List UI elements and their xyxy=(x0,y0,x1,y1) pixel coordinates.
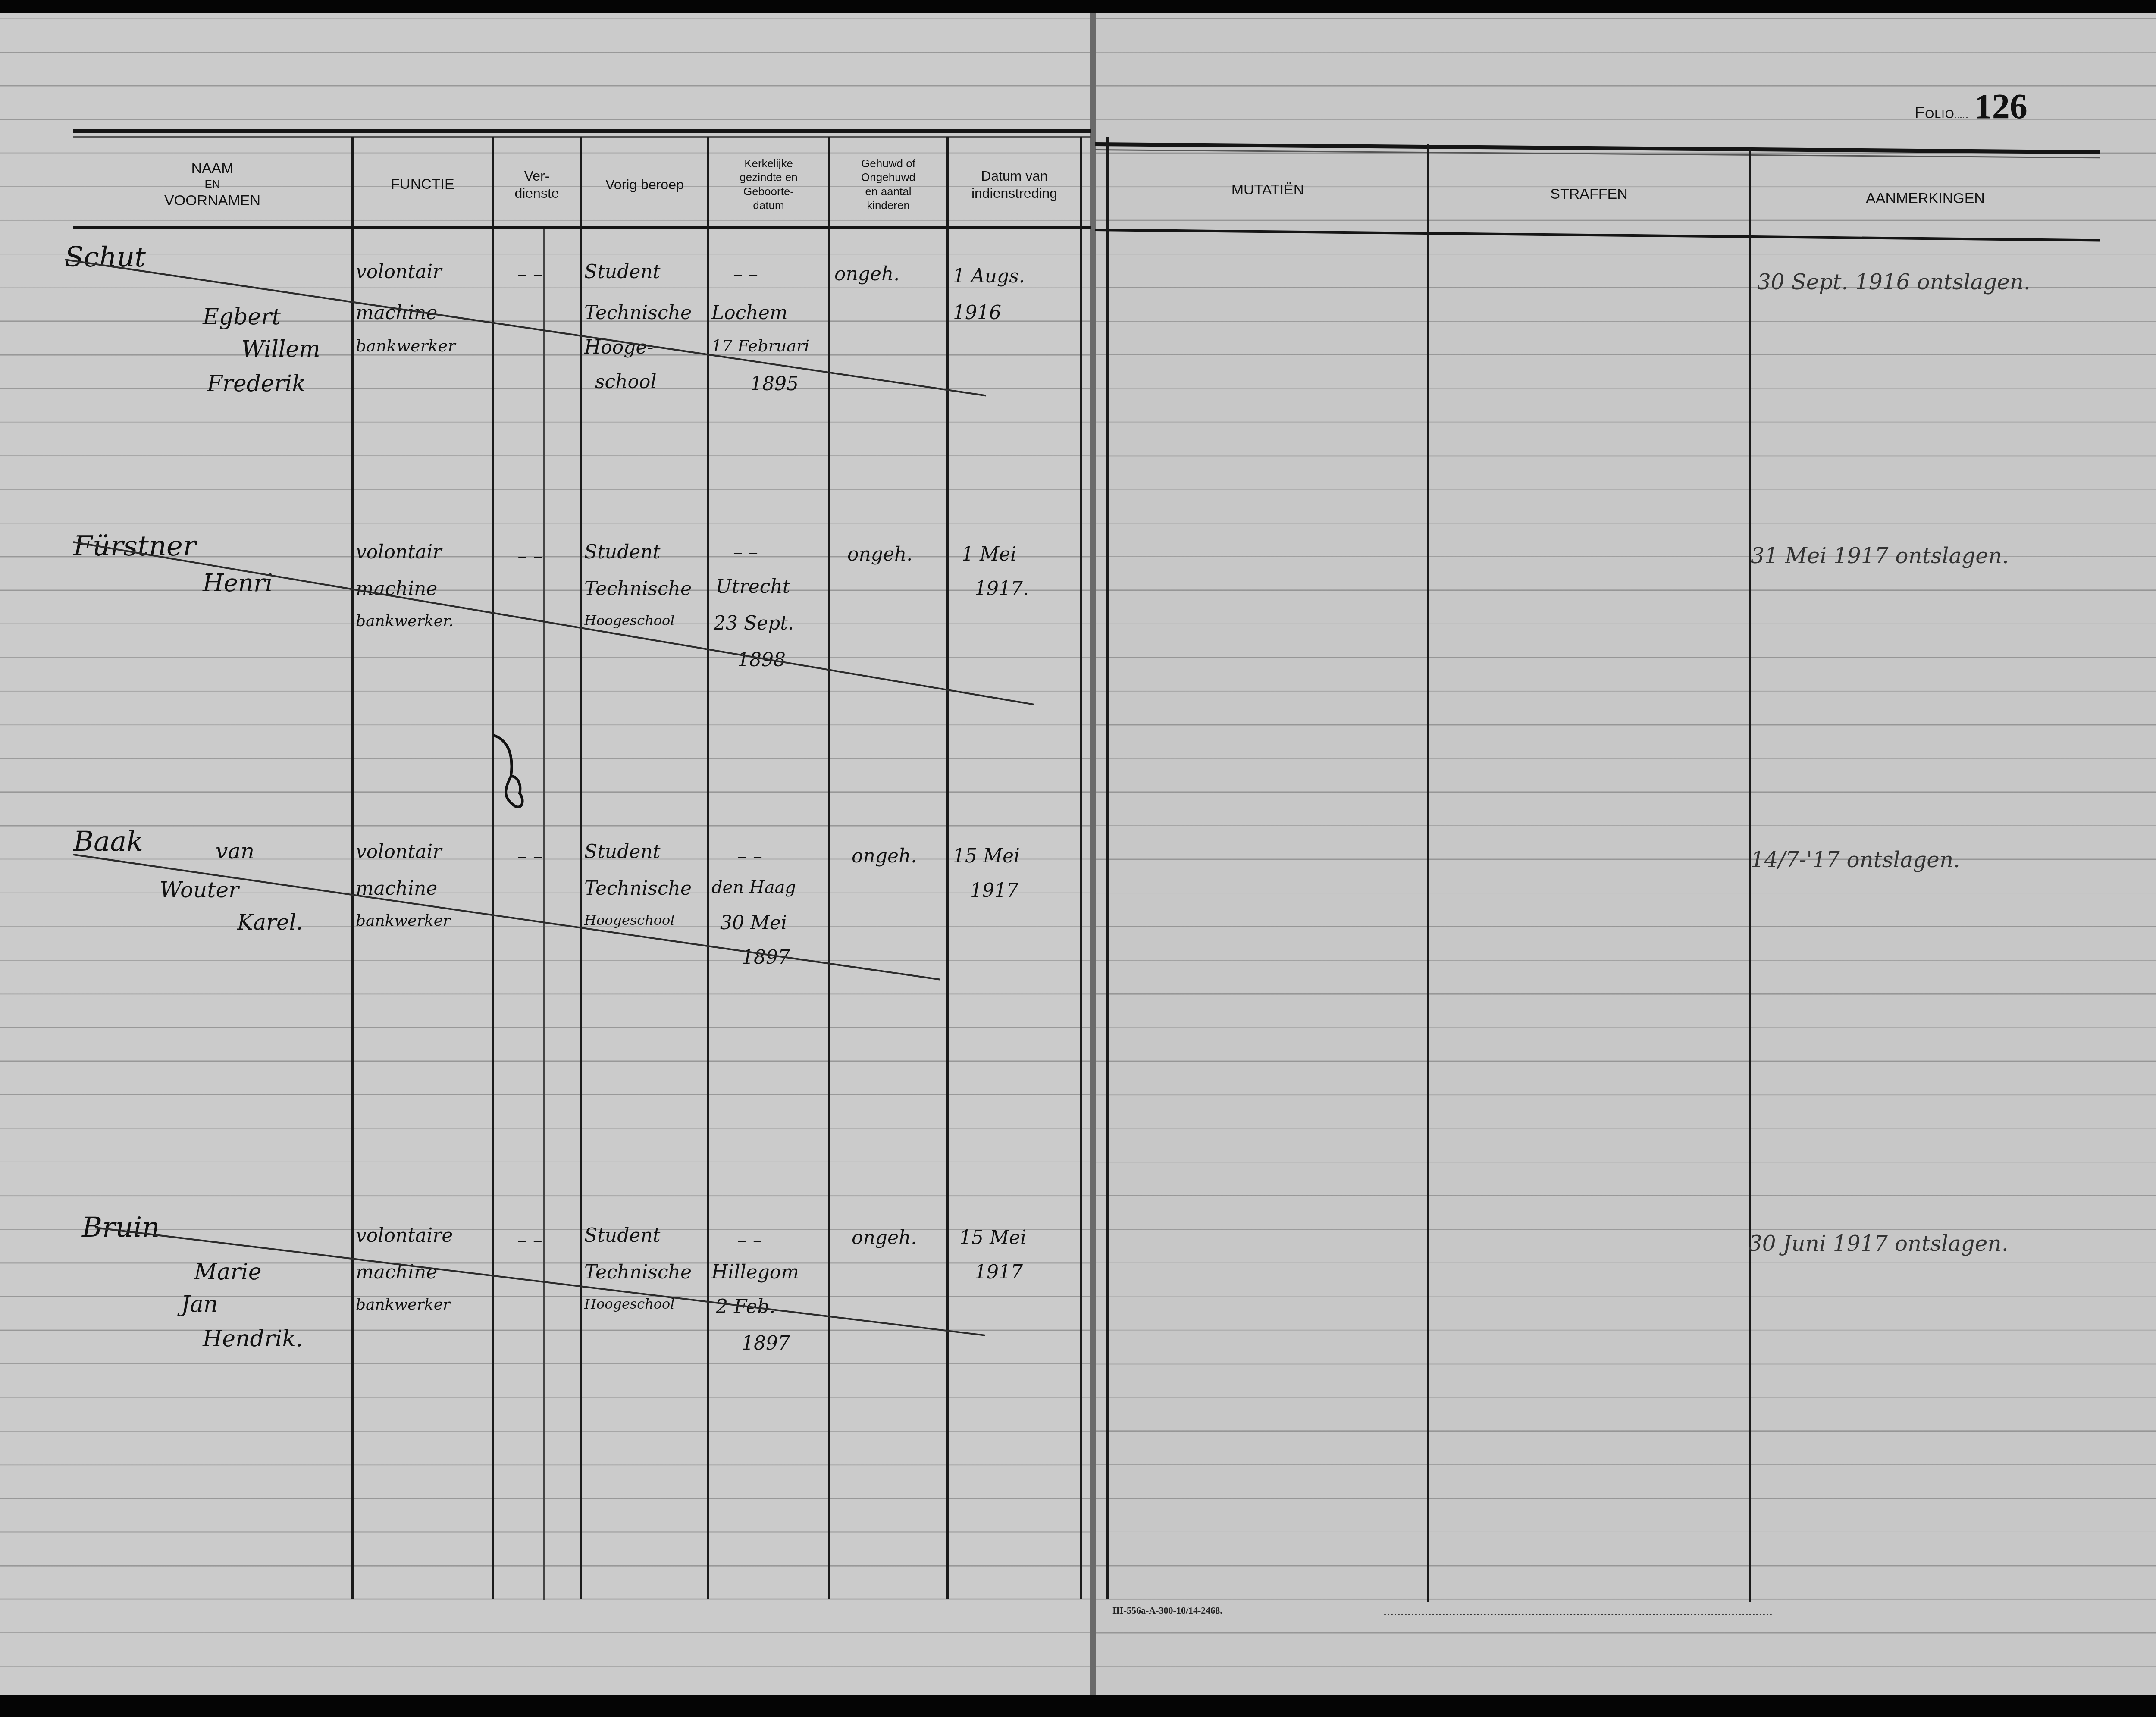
kerkelijke-line: 1898 xyxy=(737,649,786,671)
functie-line: bankwerker xyxy=(356,336,455,355)
kerkelijke-line: – – xyxy=(737,845,762,867)
vorig-beroep-line: Technische xyxy=(584,302,692,324)
verdienste: – – xyxy=(517,545,542,567)
datum-line: 1 Augs. xyxy=(953,265,1025,287)
left-page xyxy=(0,13,1091,1695)
functie-line: bankwerker xyxy=(356,912,450,930)
bracket-mark-icon xyxy=(492,733,539,811)
column-divider xyxy=(1749,149,1751,1602)
given-name: Wouter xyxy=(160,877,239,902)
functie-line: volontair xyxy=(356,261,442,283)
given-name: Hendrik. xyxy=(203,1326,303,1352)
kerkelijke-line: – – xyxy=(733,263,758,285)
aanmerking: 30 Sept. 1916 ontslagen. xyxy=(1757,269,2031,295)
vorig-beroep-line: Hoogeschool xyxy=(584,912,675,928)
header-aanmerkingen: AANMERKINGEN xyxy=(1751,157,2100,239)
column-divider xyxy=(828,137,830,1599)
header-functie: FUNCTIE xyxy=(354,142,492,226)
column-divider xyxy=(1106,137,1109,1599)
header-kerkelijke: Kerkelijke gezindte en Geboorte- datum xyxy=(709,142,828,226)
column-divider xyxy=(351,137,354,1599)
header-straffen: STRAFFEN xyxy=(1429,153,1749,235)
vorig-beroep-line: Student xyxy=(584,1225,660,1247)
vorig-beroep-line: Technische xyxy=(584,1261,692,1283)
kerkelijke-line: 30 Mei xyxy=(720,912,787,934)
aanmerking: 30 Juni 1917 ontslagen. xyxy=(1749,1231,2009,1256)
datum-line: 1916 xyxy=(953,302,1001,324)
surname: Baak xyxy=(73,826,143,858)
verdienste: – – xyxy=(517,845,542,867)
datum-line: 15 Mei xyxy=(959,1227,1026,1249)
kerkelijke-line: – – xyxy=(733,541,758,563)
vorig-beroep-line: Hooge- xyxy=(584,336,653,358)
column-divider xyxy=(1427,144,1429,1602)
given-name: Jan xyxy=(181,1291,218,1317)
gehuwd: ongeh. xyxy=(834,263,899,285)
column-divider xyxy=(492,137,494,1599)
surname-prefix: van xyxy=(216,839,254,864)
verdienste: – – xyxy=(517,1229,542,1251)
column-divider xyxy=(707,137,709,1599)
folio-value: 126 xyxy=(1974,87,2028,126)
kerkelijke-line: 1897 xyxy=(742,1332,790,1354)
kerkelijke-line: 23 Sept. xyxy=(714,612,794,634)
aanmerking: 14/7-'17 ontslagen. xyxy=(1751,847,1960,872)
functie-line: bankwerker xyxy=(356,1296,450,1313)
vorig-beroep-line: Student xyxy=(584,841,660,863)
right-page xyxy=(1093,13,2156,1695)
column-divider xyxy=(580,137,582,1599)
verdienste: – – xyxy=(517,263,542,285)
column-divider xyxy=(1080,137,1082,1599)
given-name: Marie xyxy=(194,1259,262,1285)
column-divider xyxy=(946,137,949,1599)
header-gehuwd: Gehuwd of Ongehuwd en aantal kinderen xyxy=(830,142,946,226)
datum-line: 15 Mei xyxy=(953,845,1020,867)
functie-line: volontaire xyxy=(356,1225,453,1247)
vorig-beroep-line: Student xyxy=(584,541,660,563)
kerkelijke-line: Utrecht xyxy=(716,576,790,598)
kerkelijke-line: 1895 xyxy=(750,373,799,395)
surname: Fürstner xyxy=(73,530,196,562)
functie-line: volontair xyxy=(356,841,442,863)
folio-number: Folio126 xyxy=(1915,86,2028,127)
given-name: Frederik xyxy=(207,371,306,397)
datum-line: 1917 xyxy=(970,880,1018,902)
vorig-beroep-line: Technische xyxy=(584,877,692,899)
footer-dotted-line xyxy=(1384,1614,1772,1615)
header-bottom-rule xyxy=(73,226,1091,229)
header-verdienste: Ver- dienste xyxy=(494,142,580,226)
header-vorig-beroep: Vorig beroep xyxy=(582,142,707,226)
datum-line: 1 Mei xyxy=(962,543,1016,565)
column-subdivider xyxy=(543,229,545,1600)
book-spine xyxy=(1090,13,1096,1695)
given-name: Karel. xyxy=(237,910,303,935)
kerkelijke-line: 17 Februari xyxy=(711,336,809,355)
folio-label: Folio xyxy=(1915,104,1955,122)
vorig-beroep-line: Hoogeschool xyxy=(584,1296,675,1312)
vorig-beroep-line: Hoogeschool xyxy=(584,612,675,629)
functie-line: bankwerker. xyxy=(356,612,454,630)
header-top-rule-inner xyxy=(73,136,1091,138)
gehuwd: ongeh. xyxy=(847,543,912,565)
datum-line: 1917 xyxy=(975,1261,1023,1283)
kerkelijke-line: Lochem xyxy=(711,302,787,324)
vorig-beroep-line: Technische xyxy=(584,578,692,600)
kerkelijke-line: – – xyxy=(737,1229,762,1251)
given-name: Willem xyxy=(241,336,320,362)
datum-line: 1917. xyxy=(975,578,1029,600)
kerkelijke-line: den Haag xyxy=(711,877,796,897)
aanmerking: 31 Mei 1917 ontslagen. xyxy=(1751,543,2009,568)
functie-line: volontair xyxy=(356,541,442,563)
kerkelijke-line: Hillegom xyxy=(711,1261,799,1283)
print-code: III-556a-A-300-10/14-2468. xyxy=(1112,1605,1222,1616)
surname: Bruin xyxy=(82,1212,160,1244)
vorig-beroep-line: school xyxy=(595,371,657,393)
gehuwd: ongeh. xyxy=(852,845,917,867)
header-datum: Datum van indienstreding xyxy=(949,142,1080,226)
given-name: Egbert xyxy=(203,304,281,330)
gehuwd: ongeh. xyxy=(852,1227,917,1249)
header-naam: NAAM EN VOORNAMEN xyxy=(73,142,351,226)
vorig-beroep-line: Student xyxy=(584,261,660,283)
header-mutatien: MUTATIËN xyxy=(1108,149,1427,231)
header-top-rule xyxy=(73,129,1091,133)
